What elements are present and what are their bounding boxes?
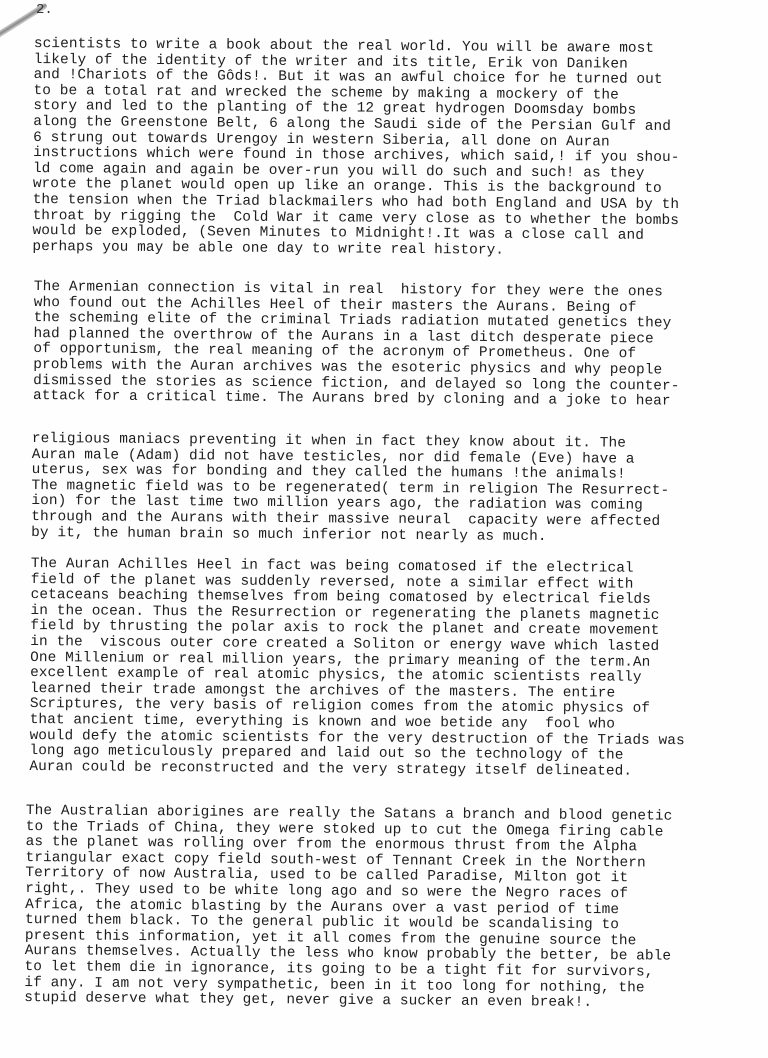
paragraph-1: scientists to write a book about the rea… (32, 37, 680, 260)
text-line: stupid deserve what they get, never give… (24, 991, 671, 1012)
text-line: attack for a critical time. The Aurans b… (33, 389, 680, 410)
page-number: 2. (36, 2, 53, 18)
paragraph-4: The Auran Achilles Heel in fact was bein… (29, 557, 686, 780)
paragraph-3: religious maniacs preventing it when in … (31, 432, 670, 546)
paragraph-5: The Australian aborigines are really the… (24, 804, 672, 1012)
paragraph-2: The Armenian connection is vital in real… (33, 280, 681, 410)
text-line: Auran could be reconstructed and the ver… (29, 760, 684, 781)
